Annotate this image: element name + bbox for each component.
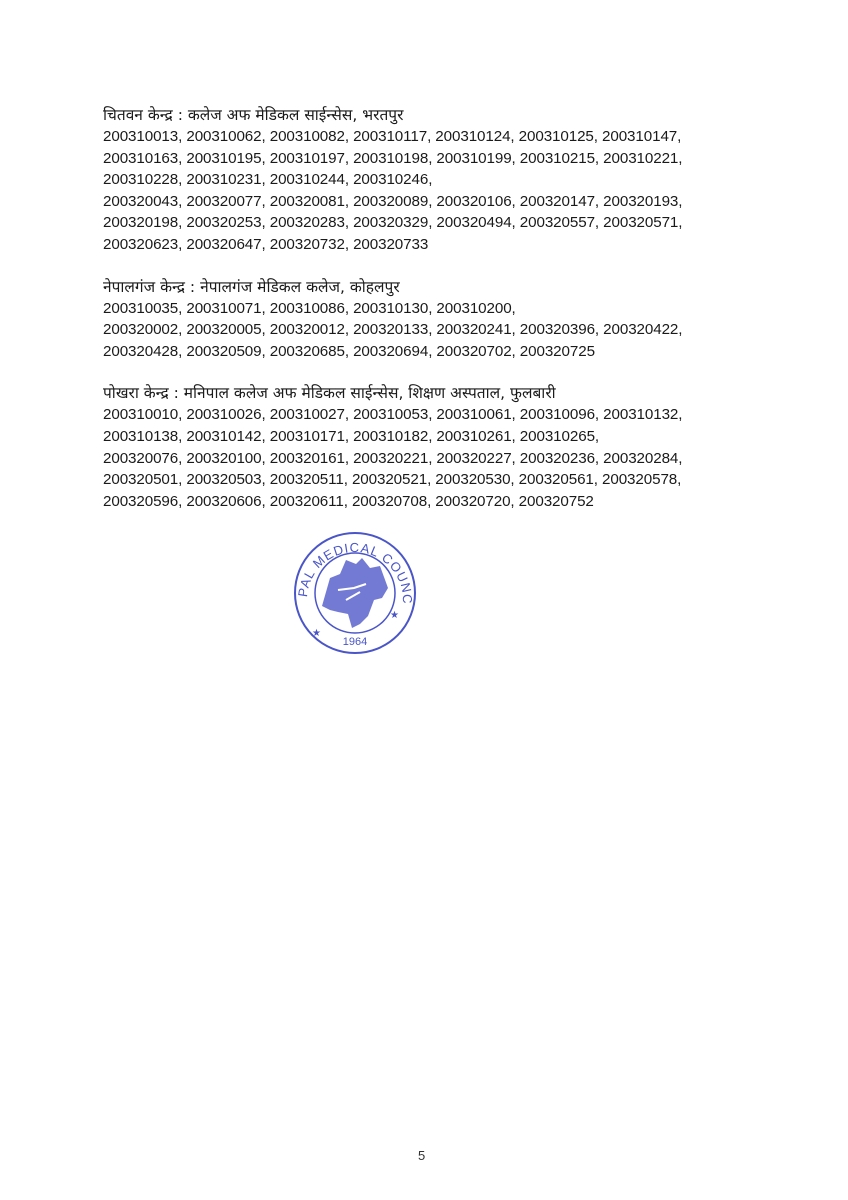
section-chitwan: चितवन केन्द्र : कलेज अफ मेडिकल साईन्सेस,… bbox=[103, 104, 723, 256]
svg-text:★: ★ bbox=[312, 628, 321, 639]
section-pokhara: पोखरा केन्द्र : मनिपाल कलेज अफ मेडिकल सा… bbox=[103, 382, 723, 512]
seal-stamp-icon: NEPAL MEDICAL COUNCIL 1964 ★ ★ bbox=[290, 528, 420, 658]
roll-number-line: 200320428, 200320509, 200320685, 2003206… bbox=[103, 341, 723, 363]
roll-number-line: 200320501, 200320503, 200320511, 2003205… bbox=[103, 469, 723, 491]
page-number: 5 bbox=[418, 1148, 425, 1163]
roll-number-list: 200310013, 200310062, 200310082, 2003101… bbox=[103, 126, 723, 256]
roll-number-line: 200310138, 200310142, 200310171, 2003101… bbox=[103, 426, 723, 448]
roll-number-line: 200320198, 200320253, 200320283, 2003203… bbox=[103, 212, 723, 234]
roll-number-line: 200310010, 200310026, 200310027, 2003100… bbox=[103, 404, 723, 426]
roll-number-line: 200320043, 200320077, 200320081, 2003200… bbox=[103, 191, 723, 213]
roll-number-line: 200320623, 200320647, 200320732, 2003207… bbox=[103, 234, 723, 256]
section-heading: नेपालगंज केन्द्र : नेपालगंज मेडिकल कलेज,… bbox=[103, 276, 723, 298]
roll-number-line: 200310013, 200310062, 200310082, 2003101… bbox=[103, 126, 723, 148]
roll-number-line: 200310228, 200310231, 200310244, 2003102… bbox=[103, 169, 723, 191]
roll-number-line: 200320076, 200320100, 200320161, 2003202… bbox=[103, 448, 723, 470]
roll-number-list: 200310010, 200310026, 200310027, 2003100… bbox=[103, 404, 723, 512]
roll-number-list: 200310035, 200310071, 200310086, 2003101… bbox=[103, 298, 723, 363]
document-body: चितवन केन्द्र : कलेज अफ मेडिकल साईन्सेस,… bbox=[103, 104, 723, 532]
roll-number-line: 200310035, 200310071, 200310086, 2003101… bbox=[103, 298, 723, 320]
section-heading: पोखरा केन्द्र : मनिपाल कलेज अफ मेडिकल सा… bbox=[103, 382, 723, 404]
roll-number-line: 200320596, 200320606, 200320611, 2003207… bbox=[103, 491, 723, 513]
section-heading: चितवन केन्द्र : कलेज अफ मेडिकल साईन्सेस,… bbox=[103, 104, 723, 126]
section-nepalgunj: नेपालगंज केन्द्र : नेपालगंज मेडिकल कलेज,… bbox=[103, 276, 723, 363]
roll-number-line: 200320002, 200320005, 200320012, 2003201… bbox=[103, 319, 723, 341]
roll-number-line: 200310163, 200310195, 200310197, 2003101… bbox=[103, 148, 723, 170]
nepal-medical-council-seal: NEPAL MEDICAL COUNCIL 1964 ★ ★ bbox=[290, 528, 420, 658]
svg-text:1964: 1964 bbox=[343, 636, 367, 648]
svg-text:★: ★ bbox=[390, 610, 399, 621]
